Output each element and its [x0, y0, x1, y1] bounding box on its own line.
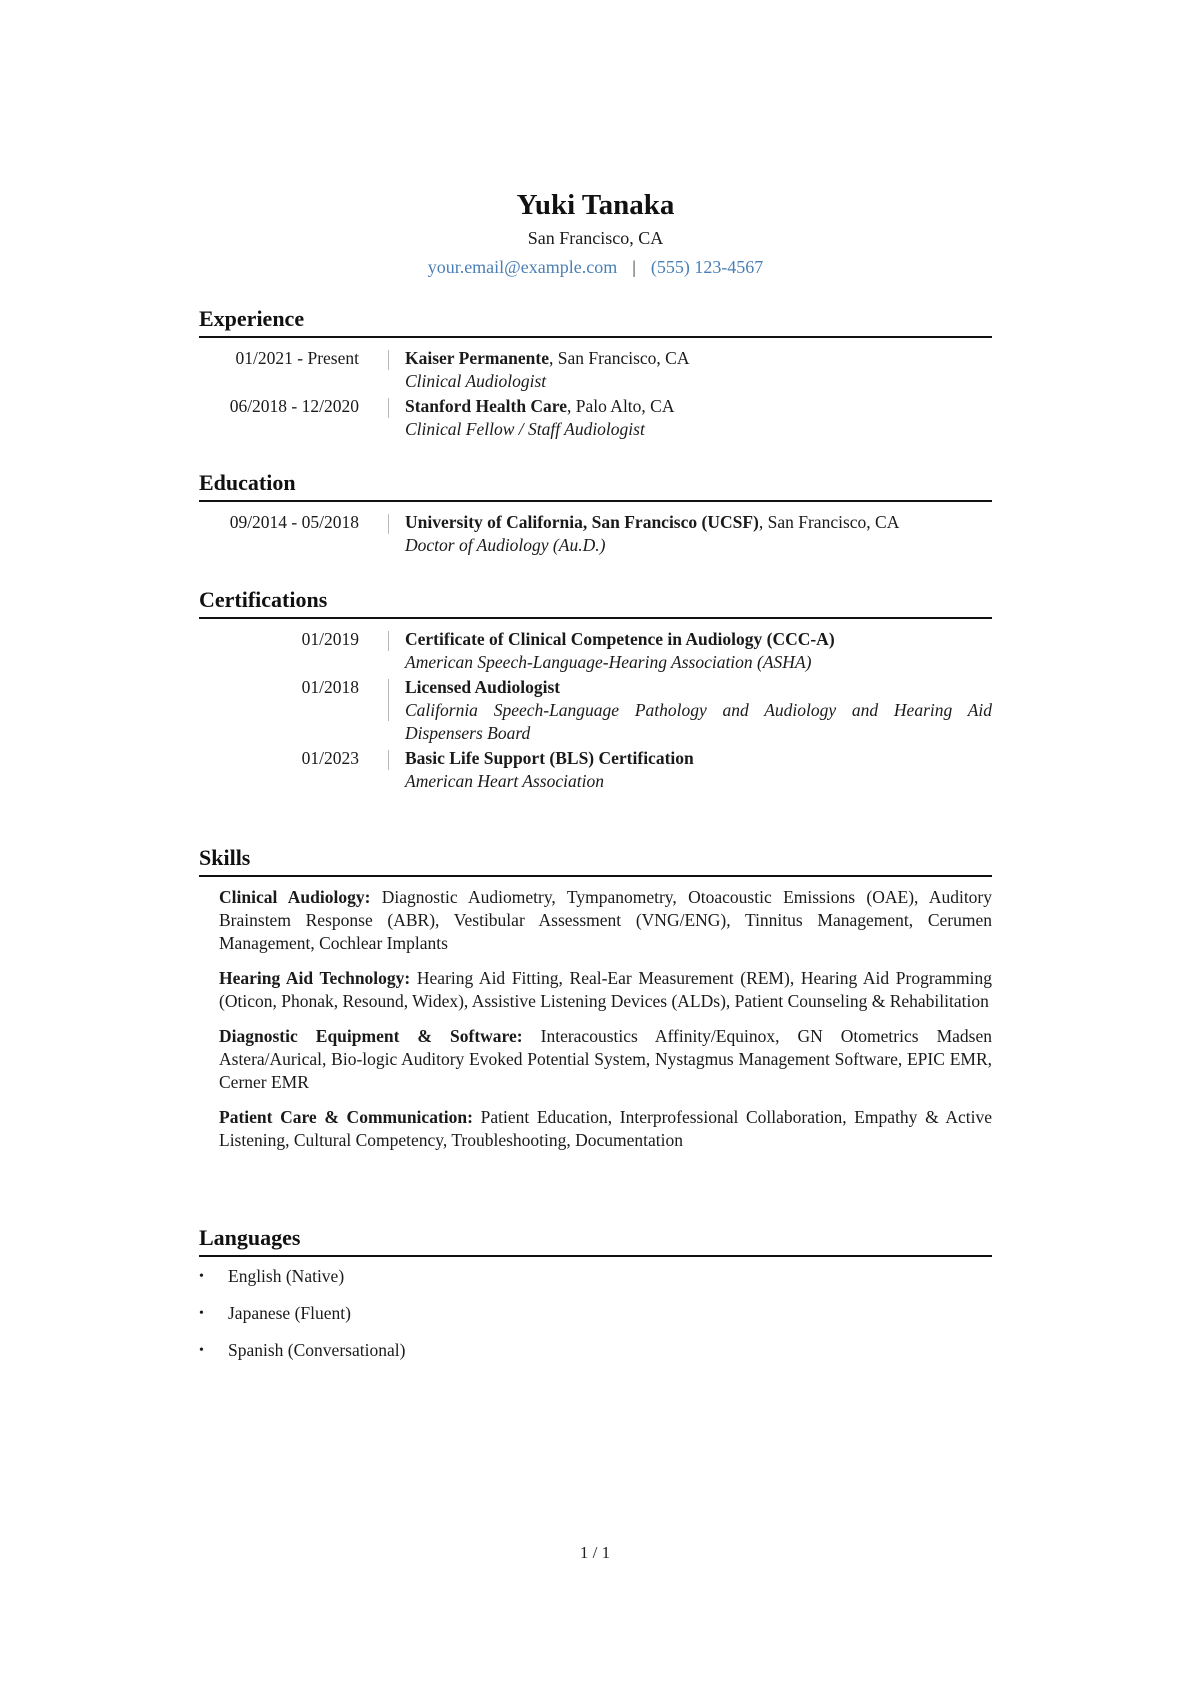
institution-location: , San Francisco, CA	[759, 512, 899, 532]
entry-body: Kaiser Permanente, San Francisco, CA Cli…	[389, 347, 992, 393]
employer-name: Stanford Health Care	[405, 396, 567, 416]
experience-entry: 01/2021 - Present Kaiser Permanente, San…	[199, 347, 992, 393]
skill-group: Diagnostic Equipment & Software: Interac…	[219, 1025, 992, 1094]
experience-entry: 06/2018 - 12/2020 Stanford Health Care, …	[199, 395, 992, 441]
bullet-icon: •	[199, 1339, 204, 1362]
candidate-name: Yuki Tanaka	[199, 188, 992, 222]
job-title: Clinical Audiologist	[405, 370, 992, 393]
entry-date: 01/2021 - Present	[199, 347, 373, 370]
degree: Doctor of Audiology (Au.D.)	[405, 534, 992, 557]
phone-link[interactable]: (555) 123-4567	[651, 257, 763, 277]
entry-divider	[388, 350, 389, 370]
bullet-icon: •	[199, 1302, 204, 1325]
certification-issuer: American Speech-Language-Hearing Associa…	[405, 651, 992, 674]
education-heading: Education	[199, 469, 992, 502]
entry-body: University of California, San Francisco …	[389, 511, 992, 557]
entry-date: 06/2018 - 12/2020	[199, 395, 373, 418]
skill-category: Hearing Aid Technology:	[219, 968, 410, 988]
job-title: Clinical Fellow / Staff Audiologist	[405, 418, 992, 441]
skills-heading: Skills	[199, 844, 992, 877]
language-item: •English (Native)	[199, 1265, 992, 1288]
education-section: Education 09/2014 - 05/2018 University o…	[199, 469, 992, 559]
entry-body: Licensed Audiologist California Speech-L…	[389, 676, 992, 745]
certification-issuer: California Speech-Language Pathology and…	[405, 699, 992, 745]
entry-divider	[388, 631, 389, 651]
education-entry: 09/2014 - 05/2018 University of Californ…	[199, 511, 992, 557]
candidate-location: San Francisco, CA	[199, 226, 992, 250]
skill-category: Clinical Audiology:	[219, 887, 370, 907]
skill-group: Hearing Aid Technology: Hearing Aid Fitt…	[219, 967, 992, 1013]
certification-name: Licensed Audiologist	[405, 676, 992, 699]
certification-entry: 01/2019 Certificate of Clinical Competen…	[199, 628, 992, 674]
employer-name: Kaiser Permanente	[405, 348, 549, 368]
certification-entry: 01/2018 Licensed Audiologist California …	[199, 676, 992, 745]
certification-name: Basic Life Support (BLS) Certification	[405, 747, 992, 770]
entry-body: Certificate of Clinical Competence in Au…	[389, 628, 992, 674]
certification-entry: 01/2023 Basic Life Support (BLS) Certifi…	[199, 747, 992, 793]
bullet-icon: •	[199, 1265, 204, 1288]
languages-section: Languages •English (Native) •Japanese (F…	[199, 1224, 992, 1376]
languages-list: •English (Native) •Japanese (Fluent) •Sp…	[199, 1265, 992, 1362]
page-indicator: 1 / 1	[0, 1543, 1190, 1563]
entry-date: 01/2023	[199, 747, 373, 770]
resume-header: Yuki Tanaka San Francisco, CA your.email…	[199, 188, 992, 279]
institution-name: University of California, San Francisco …	[405, 512, 759, 532]
language-label: English (Native)	[228, 1266, 344, 1286]
contact-separator: |	[632, 255, 636, 279]
language-item: •Spanish (Conversational)	[199, 1339, 992, 1362]
experience-heading: Experience	[199, 305, 992, 338]
experience-section: Experience 01/2021 - Present Kaiser Perm…	[199, 305, 992, 443]
language-label: Japanese (Fluent)	[228, 1303, 351, 1323]
entry-body: Basic Life Support (BLS) Certification A…	[389, 747, 992, 793]
skills-list: Clinical Audiology: Diagnostic Audiometr…	[199, 886, 992, 1152]
skills-section: Skills Clinical Audiology: Diagnostic Au…	[199, 844, 992, 1164]
certification-name: Certificate of Clinical Competence in Au…	[405, 628, 992, 651]
entry-divider	[388, 750, 389, 770]
employer-location: , Palo Alto, CA	[567, 396, 674, 416]
entry-date: 01/2018	[199, 676, 373, 699]
skill-category: Diagnostic Equipment & Software:	[219, 1026, 523, 1046]
entry-divider	[388, 514, 389, 534]
skill-group: Clinical Audiology: Diagnostic Audiometr…	[219, 886, 992, 955]
certifications-list: 01/2019 Certificate of Clinical Competen…	[199, 628, 992, 793]
languages-heading: Languages	[199, 1224, 992, 1257]
skill-group: Patient Care & Communication: Patient Ed…	[219, 1106, 992, 1152]
entry-date: 09/2014 - 05/2018	[199, 511, 373, 534]
experience-list: 01/2021 - Present Kaiser Permanente, San…	[199, 347, 992, 441]
skill-category: Patient Care & Communication:	[219, 1107, 473, 1127]
education-list: 09/2014 - 05/2018 University of Californ…	[199, 511, 992, 557]
entry-date: 01/2019	[199, 628, 373, 651]
language-label: Spanish (Conversational)	[228, 1340, 405, 1360]
contact-line: your.email@example.com|(555) 123-4567	[199, 255, 992, 279]
certifications-section: Certifications 01/2019 Certificate of Cl…	[199, 586, 992, 795]
language-item: •Japanese (Fluent)	[199, 1302, 992, 1325]
certifications-heading: Certifications	[199, 586, 992, 619]
entry-divider	[388, 398, 389, 418]
certification-issuer: American Heart Association	[405, 770, 992, 793]
entry-body: Stanford Health Care, Palo Alto, CA Clin…	[389, 395, 992, 441]
employer-location: , San Francisco, CA	[549, 348, 689, 368]
entry-divider	[388, 679, 389, 721]
email-link[interactable]: your.email@example.com	[428, 257, 618, 277]
